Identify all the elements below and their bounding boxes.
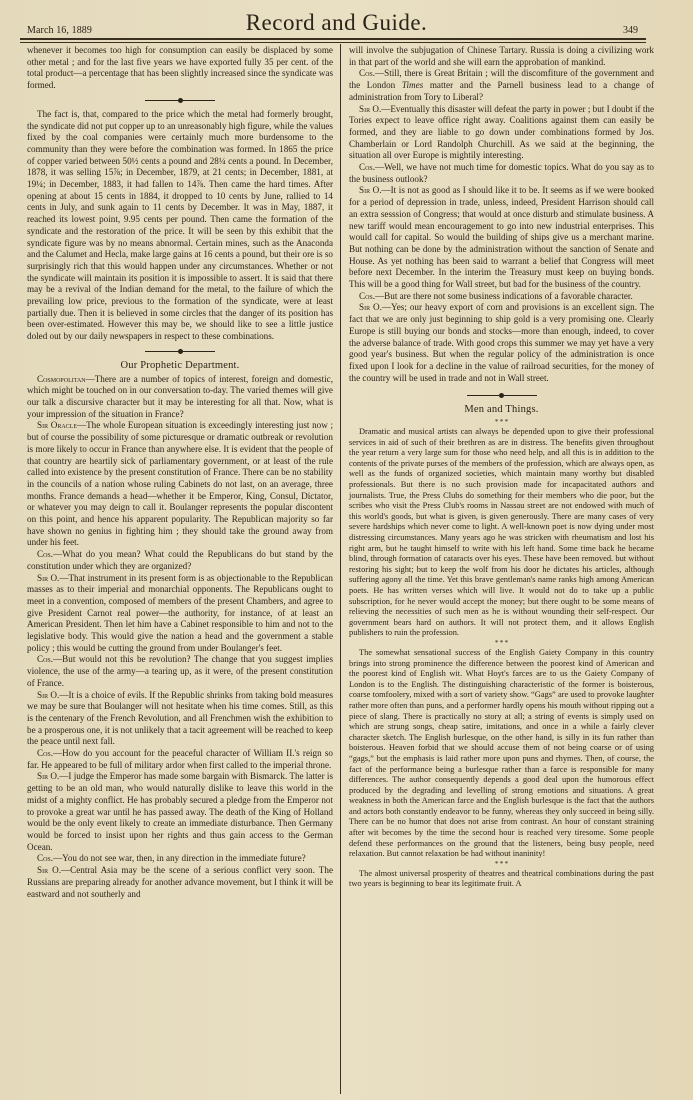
speaker-name: Cos. (37, 853, 53, 863)
dialogue-paragraph: Cos.—What do you mean? What could the Re… (27, 549, 333, 572)
speaker-name: Cos. (37, 654, 53, 664)
article-paragraph: The almost universal prosperity of theat… (349, 869, 654, 890)
dialogue-paragraph: Cos.—You do not see war, then, in any di… (27, 853, 333, 865)
asterism-divider: * * * (349, 639, 654, 647)
left-column: whenever it becomes too high for consump… (27, 45, 333, 900)
dialogue-paragraph: Sir O.—I judge the Emperor has made some… (27, 771, 333, 853)
dialogue-paragraph: Cos.—Still, there is Great Britain ; wil… (349, 68, 654, 103)
dialogue-paragraph: Cos.—Well, we have not much time for dom… (349, 162, 654, 185)
dialogue-paragraph: Cos.—But are there not some business ind… (349, 291, 654, 303)
dialogue-paragraph: Sir O.—Yes; our heavy export of corn and… (349, 302, 654, 384)
speaker-name: Sir O. (359, 302, 382, 312)
copper-article-continued: whenever it becomes too high for consump… (27, 45, 333, 92)
speaker-name: Cos. (359, 291, 375, 301)
page-number: 349 (623, 25, 638, 36)
dialogue-paragraph: Sir O.—That instrument in its present fo… (27, 573, 333, 655)
article-paragraph: The somewhat sensational success of the … (349, 648, 654, 860)
speaker-name: Sir O. (359, 104, 381, 114)
column-divider (340, 44, 341, 1094)
section-heading-men-and-things: Men and Things. (349, 404, 654, 416)
right-column: will involve the subjugation of Chinese … (349, 45, 654, 890)
speaker-name: Sir O. (37, 573, 59, 583)
speaker-name: Sir Oracle (37, 420, 77, 430)
section-divider-ornament (27, 346, 333, 358)
publication-title: Record and Guide. (27, 10, 646, 36)
section-divider-ornament (349, 390, 654, 402)
newspaper-page: March 16, 1889 Record and Guide. 349 whe… (0, 0, 693, 1100)
masthead-rule-thick (20, 38, 646, 40)
dialogue-paragraph: Cos.—But would not this be revolution? T… (27, 654, 333, 689)
speaker-name: Cos. (37, 748, 53, 758)
article-paragraph: Dramatic and musical artists can always … (349, 427, 654, 639)
speaker-name: Sir O. (37, 771, 59, 781)
speaker-name: Sir O. (37, 690, 59, 700)
italic-newspaper-name: Times (402, 80, 423, 90)
dialogue-paragraph: Sir O.—It is not as good as I should lik… (349, 185, 654, 290)
speaker-name: Cos. (359, 68, 375, 78)
masthead-rule-thin (20, 42, 646, 43)
dialogue-paragraph: Sir Oracle—The whole European situation … (27, 420, 333, 549)
asterism-divider: * * * (349, 418, 654, 426)
dialogue-paragraph: Sir O.—It is a choice of evils. If the R… (27, 690, 333, 749)
asterism-divider: * * * (349, 860, 654, 868)
dialogue-paragraph: Cos.—How do you account for the peaceful… (27, 748, 333, 771)
section-heading-prophetic: Our Prophetic Department. (27, 360, 333, 372)
speaker-name: Sir O. (37, 865, 61, 875)
dialogue-paragraph: Sir O.—Central Asia may be the scene of … (27, 865, 333, 900)
dialogue-paragraph: Sir O.—Eventually this disaster will def… (349, 104, 654, 163)
speaker-name: Cos. (37, 549, 53, 559)
dialogue-continued: will involve the subjugation of Chinese … (349, 45, 654, 68)
speaker-name: Sir O. (359, 185, 382, 195)
copper-article-paragraph: The fact is, that, compared to the price… (27, 109, 333, 343)
speaker-name: Cosmopolitan (37, 374, 86, 384)
masthead: March 16, 1889 Record and Guide. 349 (27, 10, 646, 38)
dialogue-paragraph: Cosmopolitan—There are a number of topic… (27, 374, 333, 421)
speaker-name: Cos. (359, 162, 375, 172)
section-divider-ornament (27, 95, 333, 107)
